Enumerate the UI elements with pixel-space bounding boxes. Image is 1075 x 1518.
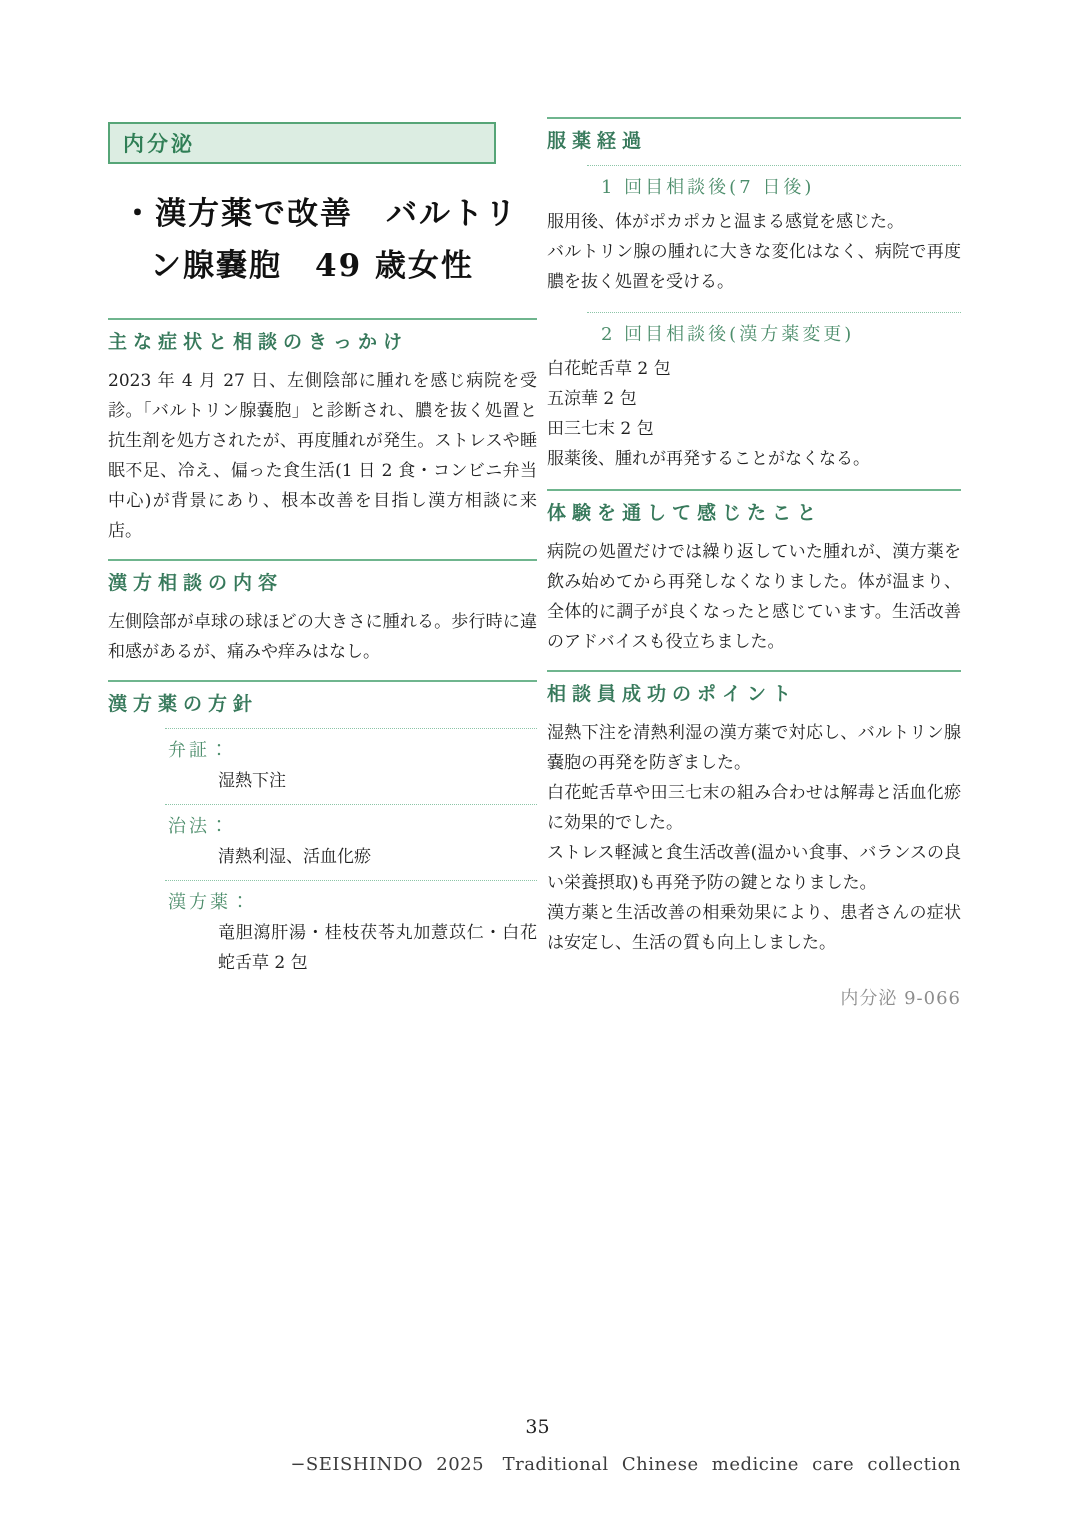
section-heading: 服薬経過 xyxy=(547,126,961,156)
entry-body: 服用後、体がポカポカと温まる感覚を感じた。 バルトリン腺の腫れに大きな変化はなく… xyxy=(547,207,961,297)
page-number: 35 xyxy=(0,1416,1075,1438)
category-badge: 内分泌 xyxy=(108,122,496,164)
section-experience: 体験を通して感じたこと 病院の処置だけでは繰り返していた腫れが、漢方薬を飲み始め… xyxy=(547,489,961,657)
entry-subheading: 1 回目相談後(7 日後) xyxy=(601,173,961,203)
section-heading: 主な症状と相談のきっかけ xyxy=(108,327,537,357)
dotted-divider xyxy=(165,880,537,881)
section-policy: 漢方薬の方針 弁証： 湿熱下注 治法： 清熱利湿、活血化瘀 漢方薬： 竜胆瀉肝湯… xyxy=(108,680,537,978)
left-column: 内分泌 ・漢方薬で改善 バルトリ ン腺嚢胞 49 歳女性 主な症状と相談のきっか… xyxy=(108,122,537,986)
section-medication-course: 服薬経過 1 回目相談後(7 日後) 服用後、体がポカポカと温まる感覚を感じた。… xyxy=(547,117,961,474)
policy-label: 治法： xyxy=(168,812,537,842)
policy-item: 弁証： 湿熱下注 xyxy=(108,728,537,796)
policy-item: 漢方薬： 竜胆瀉肝湯・桂枝茯苓丸加薏苡仁・白花蛇舌草 2 包 xyxy=(108,880,537,978)
medication-entry: 1 回目相談後(7 日後) 服用後、体がポカポカと温まる感覚を感じた。 バルトリ… xyxy=(547,165,961,297)
dotted-divider xyxy=(587,312,961,313)
ref-code: 内分泌 9-066 xyxy=(547,984,961,1010)
policy-item: 治法： 清熱利湿、活血化瘀 xyxy=(108,804,537,872)
section-heading: 体験を通して感じたこと xyxy=(547,498,961,528)
section-body: 病院の処置だけでは繰り返していた腫れが、漢方薬を飲み始めてから再発しなくなりまし… xyxy=(547,537,961,657)
document-page: 内分泌 ・漢方薬で改善 バルトリ ン腺嚢胞 49 歳女性 主な症状と相談のきっか… xyxy=(0,0,1075,1518)
policy-label: 漢方薬： xyxy=(168,888,537,918)
policy-value: 湿熱下注 xyxy=(218,766,537,796)
case-title-line-1: ・漢方薬で改善 バルトリ xyxy=(122,188,537,240)
policy-value: 竜胆瀉肝湯・桂枝茯苓丸加薏苡仁・白花蛇舌草 2 包 xyxy=(218,918,537,978)
section-body: 2023 年 4 月 27 日、左側陰部に腫れを感じ病院を受診。「バルトリン腺嚢… xyxy=(108,366,537,546)
category-label: 内分泌 xyxy=(123,128,195,158)
right-column: 服薬経過 1 回目相談後(7 日後) 服用後、体がポカポカと温まる感覚を感じた。… xyxy=(547,117,961,1010)
section-heading: 相談員成功のポイント xyxy=(547,679,961,709)
dotted-divider xyxy=(165,728,537,729)
section-advisor-points: 相談員成功のポイント 湿熱下注を清熱利湿の漢方薬で対応し、バルトリン腺嚢胞の再発… xyxy=(547,670,961,958)
case-title: ・漢方薬で改善 バルトリ ン腺嚢胞 49 歳女性 xyxy=(108,188,537,292)
section-heading: 漢方薬の方針 xyxy=(108,689,537,719)
section-heading: 漢方相談の内容 xyxy=(108,568,537,598)
section-consultation: 漢方相談の内容 左側陰部が卓球の球ほどの大きさに腫れる。歩行時に違和感があるが、… xyxy=(108,559,537,667)
entry-subheading: 2 回目相談後(漢方薬変更) xyxy=(601,320,961,350)
policy-value: 清熱利湿、活血化瘀 xyxy=(218,842,537,872)
dotted-divider xyxy=(165,804,537,805)
entry-body: 白花蛇舌草 2 包 五涼華 2 包 田三七末 2 包 服薬後、腫れが再発すること… xyxy=(547,354,961,474)
dotted-divider xyxy=(587,165,961,166)
policy-label: 弁証： xyxy=(168,736,537,766)
footer-credit: −SEISHINDO 2025 Traditional Chinese medi… xyxy=(290,1450,961,1476)
section-symptoms: 主な症状と相談のきっかけ 2023 年 4 月 27 日、左側陰部に腫れを感じ病… xyxy=(108,318,537,546)
case-title-line-2: ン腺嚢胞 49 歳女性 xyxy=(150,240,537,292)
medication-entry: 2 回目相談後(漢方薬変更) 白花蛇舌草 2 包 五涼華 2 包 田三七末 2 … xyxy=(547,312,961,474)
section-body: 湿熱下注を清熱利湿の漢方薬で対応し、バルトリン腺嚢胞の再発を防ぎました。 白花蛇… xyxy=(547,718,961,958)
section-body: 左側陰部が卓球の球ほどの大きさに腫れる。歩行時に違和感があるが、痛みや痒みはなし… xyxy=(108,607,537,667)
